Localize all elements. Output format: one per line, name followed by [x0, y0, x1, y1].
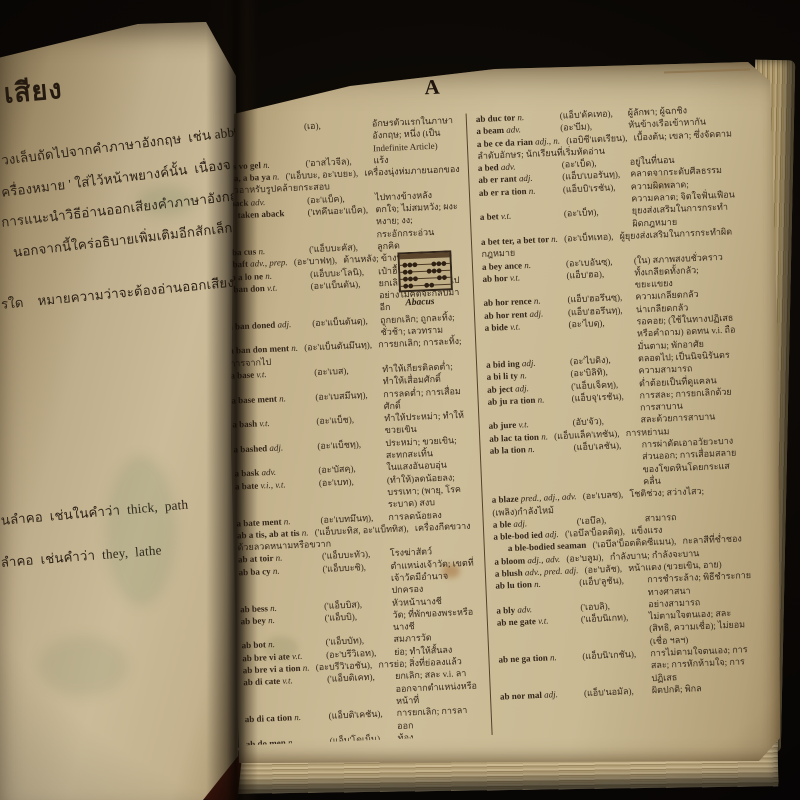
entry-part-of-speech: n.	[517, 112, 524, 122]
entry-part-of-speech: n.	[302, 527, 309, 537]
entry-pronunciation: (อะ'เบส),	[314, 363, 382, 378]
entry-pronunciation: (อะ'บลูม),	[566, 552, 608, 564]
entry-part-of-speech: v.t.	[267, 282, 278, 292]
left-page-text-line: ลำคอ เช่นคำว่า they, lathe	[0, 539, 162, 573]
entry-part-of-speech: n.	[294, 712, 301, 722]
entry-pronunciation: (อะ'แบ็นดัน),	[310, 277, 378, 292]
entry-part-of-speech: v.t.	[501, 211, 512, 221]
entry-part-of-speech: adj.	[519, 173, 533, 184]
entry-pronunciation: ('แอ็บนิเกท),	[581, 610, 649, 625]
entry-pronunciation: (แอ็บ'ฮอ),	[566, 266, 634, 281]
entry-part-of-speech: pred., adj., adv.	[521, 491, 577, 503]
dictionary-columns: Abacus A, a (เอ), อักษรตัวแรกในภาษาอังกฤ…	[220, 102, 770, 745]
entry-part-of-speech: n.	[268, 639, 275, 649]
entry-part-of-speech: v.t.	[510, 272, 521, 282]
entry-pronunciation: (อะ'แบ็ช),	[316, 412, 384, 427]
entry-part-of-speech: adj., adv.	[527, 554, 560, 565]
entry-definition: รอคอย; (ใช้ในทางปฏิเสธหรือคำถาม) อดทน v.…	[636, 311, 741, 352]
entry-pronunciation: ('แอ็บดิเคท),	[327, 670, 395, 685]
entry-pronunciation: (เอ),	[304, 117, 372, 132]
entry-part-of-speech: n.	[529, 185, 536, 195]
entry-definition: การไม่ตามใจตนเอง; การสละ; การหักห้ามใจ; …	[650, 643, 755, 684]
entry-pronunciation: (อะ'แบ็นดันมึนทฺ),	[304, 340, 376, 353]
entry-part-of-speech: n.	[279, 393, 286, 403]
entry-part-of-speech: v.t.	[282, 676, 293, 686]
entry-definition: แข็งแรง	[631, 525, 663, 536]
entry-part-of-speech: n.	[273, 565, 280, 575]
abacus-caption: Abacus	[405, 295, 459, 310]
entry-headword: a ban don ment n.	[229, 343, 302, 356]
entry-part-of-speech: n.	[291, 343, 298, 353]
entry-part-of-speech: v.i., v.t.	[260, 479, 286, 490]
entry-part-of-speech: adv.	[250, 197, 265, 208]
entry-definition: ทำให้ประหม่า; ทำให้ขวยเขิน	[384, 409, 471, 437]
entry-part-of-speech: n.	[541, 431, 548, 441]
entry-pronunciation: (อะ'บลัช),	[584, 563, 626, 575]
entry-definition: การหย่านม	[626, 426, 670, 438]
entry-part-of-speech: n.	[265, 270, 272, 280]
entry-pronunciation: (แอ็บ'นอมัล),	[584, 684, 652, 699]
entry-headword: a bet ter, a bet tor n.	[481, 234, 562, 247]
entry-pronunciation: (อะ'เบสมึนทฺ),	[315, 388, 383, 403]
entry-pronunciation: (อะ'เบลซ),	[583, 489, 628, 501]
entry-pronunciation: (อะ'บาฟทฺ),	[294, 255, 342, 267]
entry-definition: ถูกยกเลิก; ถูกละทิ้ง; ชั่วช้า; เลวทราม	[380, 310, 467, 338]
right-page: A	[228, 56, 784, 768]
entry-part-of-speech: adv., prep.	[250, 257, 288, 269]
entry-headword: a bash v.t.	[232, 415, 316, 431]
ink-showthrough	[38, 636, 128, 696]
entry-pronunciation: (แอ็บดิ'เคชัน),	[328, 707, 396, 722]
entry-part-of-speech: n.	[284, 516, 291, 526]
entry-pronunciation: (อะ'ไบดฺ),	[568, 316, 636, 331]
entry-headword: a bate v.i., v.t.	[235, 477, 319, 493]
entry-headword: ab ba cy n.	[238, 563, 322, 579]
entry-pronunciation: (แอ็บ'โดเม็น),	[329, 732, 397, 746]
entry-part-of-speech: n.	[550, 652, 557, 662]
entry-pronunciation: (อะ'เบท),	[319, 474, 387, 489]
entry-part-of-speech: n.	[534, 296, 541, 306]
entry-pronunciation: ('แอ็บบะซิ),	[322, 560, 390, 575]
entry-pronunciation: (อะ'แบ็นดันดฺ),	[312, 314, 380, 329]
entry-headword: ab er ra tion n.	[479, 183, 563, 199]
entry-part-of-speech: adv.	[517, 604, 532, 615]
entry-part-of-speech: n.	[551, 234, 558, 244]
entry-part-of-speech: adv.	[261, 467, 276, 478]
entry-pronunciation: (แอ็บบิ'เรชัน),	[563, 180, 631, 195]
entry-part-of-speech: n.	[303, 663, 310, 673]
dictionary-column-left: Abacus A, a (เอ), อักษรตัวแรกในภาษาอังกฤ…	[220, 114, 484, 745]
entry-definition: ประหม่า; ขวยเขิน; สะทกสะเทิ้น	[385, 433, 472, 461]
entry-part-of-speech: n.	[270, 602, 277, 612]
left-page-text-line: นลำคอ เช่นในคำว่า thick, path	[0, 494, 189, 531]
entry-headword: a blaze pred., adj., adv.	[492, 491, 581, 505]
entry-headword: ab ju ra tion n.	[487, 392, 571, 408]
entry-part-of-speech: v.t.	[510, 321, 521, 331]
entry-definition: (ทำให้)ลดน้อยลง; บรรเทา; (พายุ, โรคระบาด…	[387, 470, 474, 510]
entry-part-of-speech: adj., n.	[535, 135, 560, 146]
entry-headword: a bet v.t.	[480, 208, 564, 224]
entry-definition: (ท้อง)พลุ้ย	[390, 744, 429, 745]
entry-headword: a ban doned adj.	[228, 317, 312, 333]
entry-headword: taken aback	[237, 206, 307, 221]
entry-definition: ตกใจ; ไม่สมหวัง; ผงะหงาย; งง; กระอักกระอ…	[375, 200, 462, 240]
entry-part-of-speech: n.	[537, 394, 544, 404]
entry-definition: ทำให้เกียรติลดต่ำ; ทำให้เสื่อมศักดิ์	[382, 360, 469, 388]
entry-pronunciation: (อะ'แบ็ชทฺ),	[317, 437, 385, 452]
entry-headword: a be ce da rian adj., n.	[477, 135, 565, 149]
entry-part-of-speech: v.t.	[256, 369, 267, 379]
entry-definition: ไม่ตามใจตนเอง; สละ (สิทธิ, ความเชื่อ); ไ…	[649, 606, 754, 647]
entry-part-of-speech: n.	[288, 737, 295, 745]
entry-definition: ยกเลิก; สละ v.i. ลาออกจากตำแหน่งหรือหน้า…	[395, 667, 482, 707]
entry-definition: ตำแหน่งเจ้าวัด; เขตที่เจ้าวัดมีอำนาจปกคร…	[390, 556, 477, 596]
entry-part-of-speech: adj.	[515, 383, 529, 394]
entry-definition: วัด; ที่พักของพระหรือนางชี	[392, 605, 479, 633]
entry-headword: ab hor v.t.	[482, 269, 566, 285]
entry-headword: ab bey n.	[240, 612, 324, 628]
entry-definition: การลดต่ำ; การเสื่อมศักดิ์	[383, 384, 470, 412]
entry-part-of-speech: n.	[528, 444, 535, 454]
left-page: เสียง วงเล็บถัดไปจากคำภาษาอังกฤษ เช่น ab…	[0, 16, 238, 800]
entry-headword: a base ment n.	[231, 391, 315, 407]
entry-definition: ท้อง	[397, 728, 483, 744]
entry-headword: ab di cate v.t.	[243, 673, 327, 689]
entry-part-of-speech: n.	[268, 615, 275, 625]
entry-headword: ab ne gate v.t.	[497, 613, 581, 629]
ink-showthrough	[106, 456, 176, 606]
entry-part-of-speech: v.t.	[292, 651, 303, 661]
entry-headword: ab lu tion n.	[495, 576, 579, 592]
book-photo: เสียง วงเล็บถัดไปจากคำภาษาอังกฤษ เช่น ab…	[0, 0, 800, 800]
entry-headword: ab di ca tion n.	[245, 710, 329, 726]
entry-part-of-speech: v.t.	[259, 418, 270, 428]
entry-definition: อักษรตัวแรกในภาษาอังกฤษ; หนึ่ง (เป็น Ind…	[372, 114, 459, 154]
entry-pronunciation: (แอ็บนิ'เกชัน),	[582, 647, 650, 662]
entry-pronunciation: ('แอ็บบะทิส, อะ'แบ็ททิส),	[315, 523, 413, 537]
entry-part-of-speech: adj.	[529, 308, 543, 319]
entry-part-of-speech: v.t.	[538, 616, 549, 626]
dictionary-page-content: A	[218, 66, 770, 755]
entry-part-of-speech: n.	[524, 259, 531, 269]
entry-pronunciation: (แอ็บ'ลูชัน),	[579, 574, 647, 589]
entry-headword: a base v.t.	[230, 366, 314, 382]
entry-part-of-speech: adj.	[522, 358, 536, 369]
entry-headword: ab nor mal adj.	[500, 687, 584, 703]
entry-pronunciation: (แอ็บ'เลชัน),	[573, 438, 641, 453]
entry-pronunciation: ('แอ็บบิ),	[324, 609, 392, 624]
entry-pronunciation: (แอ็บจุ'เรชัน),	[571, 389, 639, 404]
entry-part-of-speech: n.	[520, 370, 527, 380]
entry-part-of-speech: n.	[258, 246, 265, 256]
entry-part-of-speech: n.	[534, 579, 541, 589]
entry-definition: กะลาสีที่ช่ำชอง	[682, 534, 742, 546]
entry-part-of-speech: v.t.	[518, 420, 529, 430]
entry-part-of-speech: adv.	[501, 162, 516, 173]
entry-part-of-speech: adj.	[544, 689, 558, 700]
entry-definition: การผ่าตัดเอาอวัยวะบางส่วนออก; การเสื่อมส…	[641, 434, 747, 487]
entry-headword: ab la tion n.	[489, 441, 573, 457]
entry-headword: a bashed adj.	[233, 440, 317, 456]
entry-part-of-speech: n.	[275, 553, 282, 563]
entry-headword: a ban don v.t.	[226, 280, 310, 296]
left-page-text-line: รใด หมายความว่าจะต้องอ่านออกเสียงอักษ	[0, 269, 260, 315]
abacus-figure: Abacus	[397, 250, 459, 310]
entry-headword: ab ne ga tion n.	[498, 650, 582, 666]
entry-part-of-speech: adj.	[269, 442, 283, 453]
section-letter: A	[424, 75, 440, 101]
entry-part-of-speech: n.	[263, 160, 270, 170]
entry-headword: a bide v.t.	[484, 318, 568, 334]
entry-headword: ab a tis, ab at tis n.	[237, 527, 313, 540]
entry-definition: การยกเลิก; การลาออก	[396, 704, 483, 732]
entry-part-of-speech: n.	[272, 172, 279, 182]
entry-pronunciation: (อะ'เบ็ทเทอ),	[564, 231, 618, 243]
abacus-illustration	[397, 250, 453, 292]
entry-pronunciation: (อะ'เบ็ท),	[564, 205, 632, 220]
entry-pronunciation: ('เทคึนอะ'แบ็ค),	[307, 203, 375, 218]
entry-pronunciation: ('แอ็บบะ, อะ'เบยะ),	[285, 168, 362, 181]
entry-part-of-speech: adj.	[513, 518, 527, 529]
left-page-heading: เสียง	[2, 67, 64, 115]
entry-part-of-speech: adj.	[545, 529, 559, 540]
entry-part-of-speech: adv., pred. adj.	[525, 565, 579, 577]
entry-part-of-speech: adv.	[506, 125, 521, 136]
entry-part-of-speech: adj.	[277, 319, 291, 330]
entry-pronunciation: (เอบิซี'แดเรียน),	[566, 132, 632, 145]
dictionary-column-right: ab duc tor n. (แอ็บ'ดัคเทอ), ผู้ลักพา; ผ…	[466, 102, 758, 735]
